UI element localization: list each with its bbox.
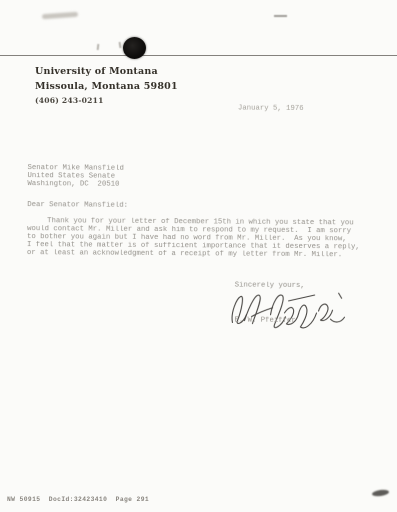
archive-footer: NW 50915 DocId:32423410 Page 291 <box>7 496 149 503</box>
letter-date: January 5, 1976 <box>238 105 304 113</box>
scanned-letter-page: University of Montana Missoula, Montana … <box>0 0 397 512</box>
typewritten-content: January 5, 1976 Senator Mike Mansfield U… <box>0 0 397 512</box>
recipient-city: Washington, DC 20510 <box>27 180 119 189</box>
signer-typed-name: E. W. Pfeiffer <box>234 317 295 325</box>
body-line: or at least an acknowledgment of a recei… <box>27 249 342 259</box>
salutation: Dear Senator Mansfield: <box>27 201 128 210</box>
